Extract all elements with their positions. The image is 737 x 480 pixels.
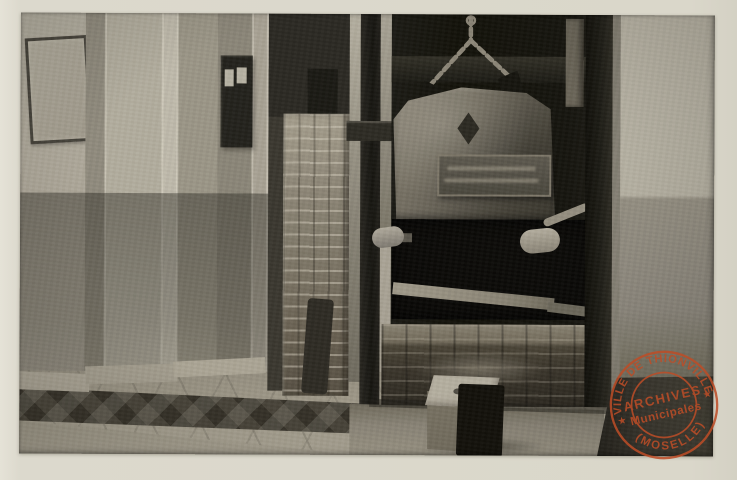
stamp-ink-group: VILLE DE THIONVILLE (MOSELLE) ARCHIVES M…: [606, 347, 722, 463]
postcard: { "photo": { "subject": "Interior of a f…: [0, 0, 737, 480]
archive-stamp: VILLE DE THIONVILLE (MOSELLE) ARCHIVES M…: [606, 347, 722, 463]
stamp-star-left-icon: ★: [617, 415, 628, 427]
